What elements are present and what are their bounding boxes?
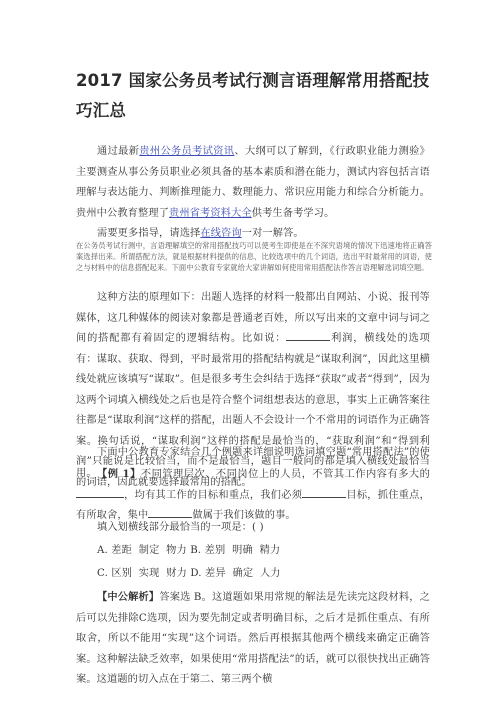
- intro-paragraph: 通过最新贵州公务员考试资讯、大纲可以了解到，《行政职业能力测验》主要测查从事公务…: [76, 142, 430, 224]
- intro-text: 通过最新: [97, 146, 139, 157]
- example-text: 不同管理层次、不同岗位上的人员，不管其工作内容有多大的: [141, 469, 430, 480]
- guidance-text: 一对一解答。: [242, 228, 304, 239]
- document-page: 2017 国家公务员考试行测言语理解常用搭配技巧汇总 通过最新贵州公务员考试资讯…: [0, 0, 500, 708]
- summary-paragraph: 在公务员考试行测中，言语理解填空的常用搭配技巧可以使考生即使是在不深究语境的情况…: [76, 240, 432, 274]
- fill-blank: [302, 487, 346, 498]
- analysis-paragraph: 【中公解析】答案选 B。这道题如果用常规的解法是先读完这段材料，之后可以先排除C…: [76, 587, 430, 691]
- fill-blank: [286, 330, 330, 341]
- analysis-label: 【中公解析】: [97, 591, 159, 603]
- example-label: 【例 1】: [97, 468, 141, 480]
- online-consult-link[interactable]: 在线咨询: [200, 228, 241, 239]
- options-line-2: C. 区别 实现 财力 D. 差异 确定 人力: [76, 564, 430, 585]
- fill-blank: [76, 487, 124, 498]
- intro-text: 供考生备考学习。: [252, 208, 335, 219]
- analysis-text: 答案选 B。这道题如果用常规的解法是先读完这段材料，之后可以先排除C选项，因为要…: [76, 592, 430, 685]
- page-title: 2017 国家公务员考试行测言语理解常用搭配技巧汇总: [76, 66, 436, 126]
- question-text: 填入划横线部分最恰当的一项是：( ): [76, 518, 430, 539]
- fill-blank: [148, 507, 192, 518]
- example-text: ，均有其工作的目标和重点，我们必须: [124, 490, 302, 501]
- guidance-text: 需要更多指导，请选择: [97, 228, 200, 239]
- gz-exam-materials-link[interactable]: 贵州省考资料大全: [169, 208, 252, 219]
- gz-exam-news-link[interactable]: 贵州公务员考试资讯: [139, 146, 234, 157]
- options-line-1: A. 差距 制定 物力 B. 差别 明确 精力: [76, 541, 430, 562]
